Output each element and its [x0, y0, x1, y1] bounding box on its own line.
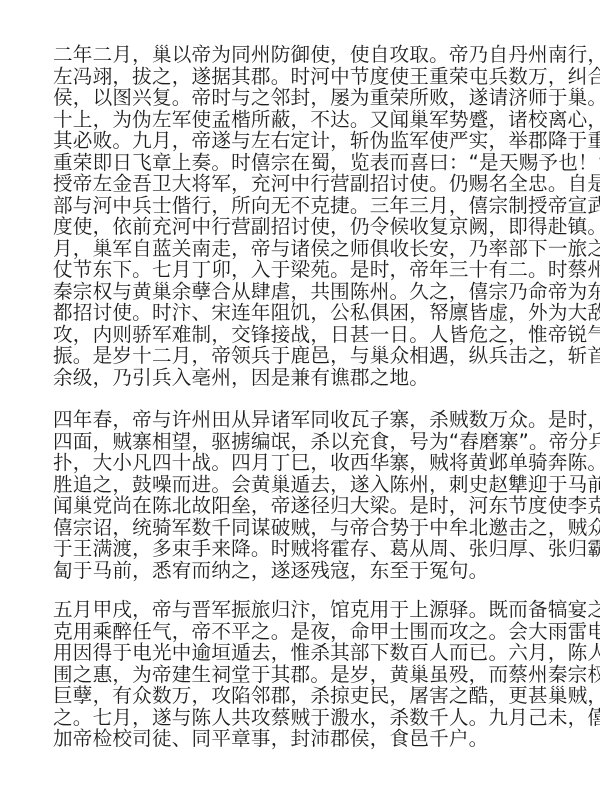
text-line: 侯，以图兴复。帝时与之邻封，屡为重荣所败，遂请济师于巢。表章 [53, 87, 553, 109]
text-line: 四面，贼寨相望，驱掳编氓，杀以充食，号为“舂磨寨”。帝分兵翦 [53, 431, 553, 453]
text-line: 胜追之，鼓噪而进。会黄巢遁去，遂入陈州，刺史赵犨迎于马前。俄 [53, 474, 553, 496]
text-line: 之。七月，遂与陈人共攻蔡贼于溵水，杀数千人。九月己未，僖宗就 [53, 707, 553, 729]
text-line: 僖宗诏，统骑军数千同谋破贼，与帝合势于中牟北邀击之，贼众大败 [53, 517, 553, 539]
text-line: 仗节东下。七月丁卯，入于梁苑。是时，帝年三十有二。时蔡州刺史 [53, 259, 553, 281]
text-line: 扑，大小凡四十战。四月丁巳，收西华寨，贼将黄邺单骑奔陈。帝乘 [53, 452, 553, 474]
text-line: 五月甲戌，帝与晋军振旅归汴，馆克用于上源驿。既而备犒宴之礼， [53, 599, 553, 621]
text-line: 重荣即日飞章上奏。时僖宗在蜀，览表而喜曰：“是天赐予也！”乃诏 [53, 152, 553, 174]
paragraph: 五月甲戌，帝与晋军振旅归汴，馆克用于上源驿。既而备犒宴之礼， 克用乘醉任气，帝不… [53, 599, 553, 750]
text-line: 加帝检校司徒、同平章事，封沛郡侯，食邑千户。 [53, 728, 553, 750]
text-line: 闻巢党尚在陈北故阳垒，帝遂径归大梁。是时，河东节度使李克用奉 [53, 495, 553, 517]
paragraph: 二年二月，巢以帝为同州防御使，使自攻取。帝乃自丹州南行，以击 左冯翊，拔之，遂据… [53, 44, 553, 388]
text-line: 授帝左金吾卫大将军，充河中行营副招讨使。仍赐名全忠。自是率所 [53, 173, 553, 195]
text-line: 部与河中兵士偕行，所向无不克捷。三年三月，僖宗制授帝宣武军节 [53, 195, 553, 217]
text-line: 月，巢军自蓝关南走，帝与诸侯之师俱收长安，乃率部下一旅之众， [53, 238, 553, 260]
text-line: 四年春，帝与许州田从异诸军同收瓦子寨，杀贼数万众。是时，陈州 [53, 409, 553, 431]
text-line: 克用乘醉任气，帝不平之。是夜，命甲士围而攻之。会大雨雷电，克 [53, 621, 553, 643]
text-line: 二年二月，巢以帝为同州防御使，使自攻取。帝乃自丹州南行，以击 [53, 44, 553, 66]
text-line: 其必败。九月，帝遂与左右定计，斩伪监军使严实，举郡降于重荣。 [53, 130, 553, 152]
text-line: 振。是岁十二月，帝领兵于鹿邑，与巢众相遇，纵兵击之，斩首二千 [53, 345, 553, 367]
text-line: 于王满渡，多束手来降。时贼将霍存、葛从周、张归厚、张归霸皆匍 [53, 538, 553, 560]
text-line: 十上，为伪左军使孟楷所蔽，不达。又闻巢军势蹙，诸校离心，帝知 [53, 109, 553, 131]
text-line: 围之惠，为帝建生祠堂于其郡。是岁，黄巢虽殁，而蔡州秦宗权继为 [53, 664, 553, 686]
text-line: 攻，内则骄军难制，交锋接战，日甚一日。人皆危之，惟帝锐气益 [53, 324, 553, 346]
text-line: 左冯翊，拔之，遂据其郡。时河中节度使王重荣屯兵数万，纠合诸 [53, 66, 553, 88]
document-body: 二年二月，巢以帝为同州防御使，使自攻取。帝乃自丹州南行，以击 左冯翊，拔之，遂据… [53, 44, 553, 771]
text-line: 匐于马前，悉宥而纳之，遂逐残寇，东至于冤句。 [53, 560, 553, 582]
text-line: 用因得于电光中逾垣遁去，惟杀其部下数百人而已。六月，陈人感解 [53, 642, 553, 664]
paragraph: 四年春，帝与许州田从异诸军同收瓦子寨，杀贼数万众。是时，陈州 四面，贼寨相望，驱… [53, 409, 553, 581]
text-line: 秦宗权与黄巢余孽合从肆虐，共围陈州。久之，僖宗乃命帝为东北面 [53, 281, 553, 303]
text-line: 度使，依前充河中行营副招讨使，仍令候收复京阙，即得赴镇。四 [53, 216, 553, 238]
text-line: 巨孽，有众数万，攻陷邻郡，杀掠吏民，屠害之酷，更甚巢贼，帝患 [53, 685, 553, 707]
text-line: 都招讨使。时汴、宋连年阻饥，公私俱困，帑廪皆虚，外为大敌所 [53, 302, 553, 324]
text-line: 余级，乃引兵入亳州，因是兼有谯郡之地。 [53, 367, 553, 389]
